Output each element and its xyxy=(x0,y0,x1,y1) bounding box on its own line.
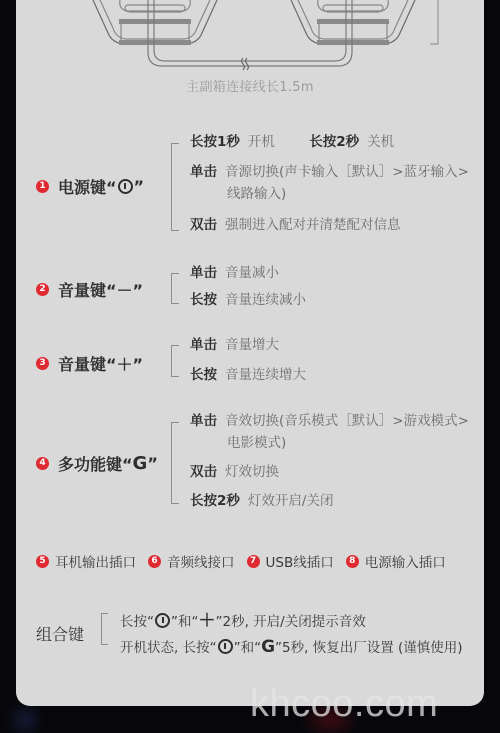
combo-text: ”2秒, 开启/关闭提示音效 xyxy=(216,614,366,630)
action-desc: 灯效切换 xyxy=(225,464,279,480)
action-row: 长按1秒开机 长按2秒关机 xyxy=(190,131,394,153)
volume-up-label-text: 音量键“＋” xyxy=(58,352,143,375)
g-key-icon: G xyxy=(133,453,148,474)
number-badge: 6 xyxy=(148,555,161,568)
action-trigger: 长按2秒 xyxy=(190,493,240,509)
plus-icon: ＋ xyxy=(199,611,216,631)
number-badge: 7 xyxy=(247,555,260,568)
action-desc-continued: 线路输入) xyxy=(190,183,469,205)
cable-length-label: 主副箱连接线长1.5m xyxy=(0,76,500,95)
action-trigger: 长按 xyxy=(190,292,217,308)
volume-down-label-text: 音量键“－” xyxy=(58,278,143,301)
port-usb: 7 USB线插口 xyxy=(247,551,334,571)
action-trigger: 双击 xyxy=(190,217,217,233)
action-desc: 灯效开启/关闭 xyxy=(248,493,334,509)
multi-function-key-label: 4 多功能键“ G ” xyxy=(36,452,158,475)
action-desc: 强制进入配对并清楚配对信息 xyxy=(225,217,401,233)
action-trigger: 单击 xyxy=(190,413,217,429)
ports-legend: 5 耳机输出插口 6 音频线接口 7 USB线插口 8 电源输入插口 xyxy=(36,551,458,571)
power-icon xyxy=(155,613,170,628)
bracket xyxy=(171,422,179,504)
action-row: 单击音量减小 xyxy=(190,262,279,284)
action-row: 单击音量增大 xyxy=(190,334,279,356)
action-row: 单击音源切换(声卡输入［默认］>蓝牙输入> 线路输入) xyxy=(190,161,469,205)
action-trigger: 双击 xyxy=(190,464,217,480)
action-trigger: 长按1秒 xyxy=(190,134,240,150)
volume-down-key-label: 2 音量键“－” xyxy=(36,278,143,301)
action-desc: 音量连续增大 xyxy=(225,367,306,383)
action-row: 长按音量连续减小 xyxy=(190,289,306,311)
port-headphone-out: 5 耳机输出插口 xyxy=(36,551,136,571)
bracket xyxy=(171,143,179,231)
number-badge: 3 xyxy=(36,357,49,370)
multi-function-label-text: 多功能键“ xyxy=(58,452,133,475)
action-trigger: 单击 xyxy=(190,265,217,281)
combo-row: 长按“”和“＋”2秒, 开启/关闭提示音效 xyxy=(120,606,366,631)
action-desc: 关机 xyxy=(367,134,394,150)
power-icon xyxy=(218,639,233,654)
combo-text: ”和“ xyxy=(234,640,262,656)
action-desc: 音效切换(音乐模式［默认］>游戏模式> xyxy=(225,413,469,429)
action-row: 双击灯效切换 xyxy=(190,461,279,483)
watermark: khcoo.com xyxy=(250,683,438,726)
volume-up-key-label: 3 音量键“＋” xyxy=(36,352,143,375)
action-row: 长按2秒灯效开启/关闭 xyxy=(190,490,333,512)
power-icon xyxy=(118,179,133,194)
action-desc-continued: 电影模式) xyxy=(190,432,469,454)
action-row: 长按音量连续增大 xyxy=(190,364,306,386)
quote-close: ” xyxy=(134,177,145,196)
port-label: USB线插口 xyxy=(266,551,334,571)
power-key-label: 1 电源键“ ” xyxy=(36,175,144,198)
port-power-input: 8 电源输入插口 xyxy=(346,551,446,571)
port-label: 耳机输出插口 xyxy=(55,551,136,571)
action-desc: 开机 xyxy=(248,134,275,150)
port-label: 音频线接口 xyxy=(167,551,235,571)
action-desc: 音量减小 xyxy=(225,265,279,281)
combo-text: 长按“ xyxy=(120,614,154,630)
port-label: 电源输入插口 xyxy=(365,551,446,571)
action-trigger: 单击 xyxy=(190,337,217,353)
action-trigger: 长按2秒 xyxy=(309,134,359,150)
number-badge: 1 xyxy=(36,180,49,193)
combo-keys-label: 组合键 xyxy=(36,622,84,645)
bracket xyxy=(171,345,179,377)
speaker-connection-illustration xyxy=(0,0,500,75)
number-badge: 5 xyxy=(36,555,49,568)
quote-close: ” xyxy=(147,454,158,473)
action-desc: 音量增大 xyxy=(225,337,279,353)
number-badge: 2 xyxy=(36,283,49,296)
action-row: 单击音效切换(音乐模式［默认］>游戏模式> 电影模式) xyxy=(190,410,469,454)
action-desc: 音源切换(声卡输入［默认］>蓝牙输入> xyxy=(225,164,469,180)
number-badge: 4 xyxy=(36,457,49,470)
combo-text: ”5秒, 恢复出厂设置 (谨慎使用) xyxy=(275,640,463,656)
power-key-label-text: 电源键“ xyxy=(58,175,117,198)
port-audio-line: 6 音频线接口 xyxy=(148,551,235,571)
number-badge: 8 xyxy=(346,555,359,568)
bracket xyxy=(101,613,108,645)
action-row: 双击强制进入配对并清楚配对信息 xyxy=(190,214,401,236)
bracket xyxy=(171,273,179,304)
combo-text: 开机状态, 长按“ xyxy=(120,640,217,656)
combo-text: ”和“ xyxy=(171,614,199,630)
g-key-icon: G xyxy=(261,637,275,657)
combo-row: 开机状态, 长按“”和“G”5秒, 恢复出厂设置 (谨慎使用) xyxy=(120,636,463,657)
action-trigger: 单击 xyxy=(190,164,217,180)
action-trigger: 长按 xyxy=(190,367,217,383)
action-desc: 音量连续减小 xyxy=(225,292,306,308)
